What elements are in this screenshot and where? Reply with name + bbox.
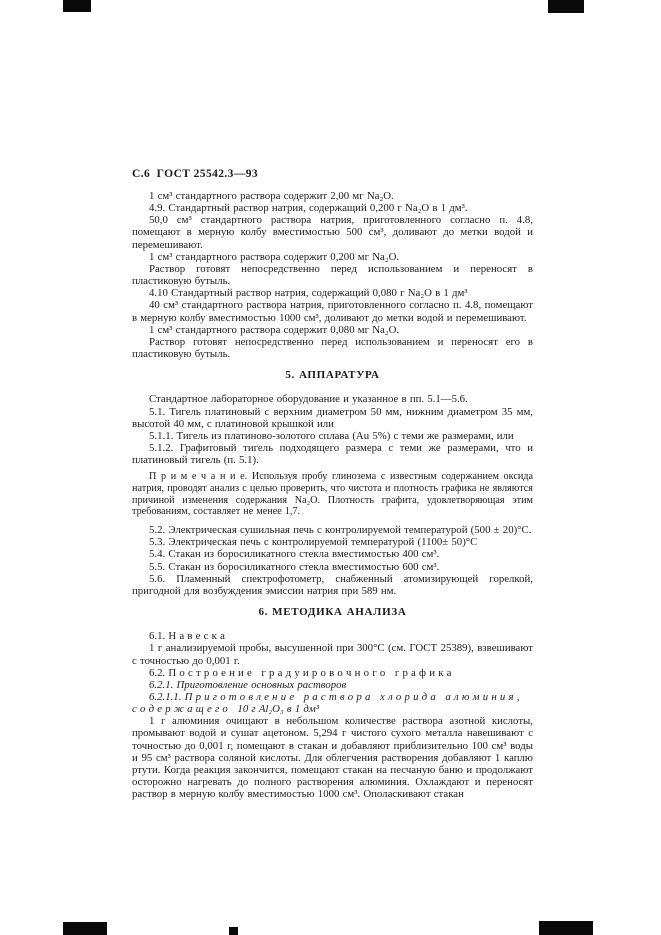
paragraph: 5.1.1. Тигель из платиново-золотого спла… — [132, 430, 533, 442]
paragraph: 6.2. П о с т р о е н и е г р а д у и р о… — [132, 667, 533, 679]
paragraph: 40 см³ стандартного раствора натрия, при… — [132, 299, 533, 323]
paragraph: 5.2. Электрическая сушильная печь с конт… — [132, 524, 533, 536]
paragraph: П р и м е ч а н и е. Используя пробу гли… — [132, 471, 533, 518]
section-heading: 6. МЕТОДИКА АНАЛИЗА — [132, 606, 533, 618]
paragraph: 5.1.2. Графитовый тигель подходящего раз… — [132, 442, 533, 466]
paragraph: 1 г алюминия очищают в небольшом количес… — [132, 715, 533, 800]
paragraph: 6.2.1. Приготовление основных растворов — [132, 679, 533, 691]
paragraph: 5.4. Стакан из боросиликатного стекла вм… — [132, 548, 533, 560]
paragraph: 4.10 Стандартный раствор натрия, содержа… — [132, 287, 533, 299]
paragraph: 5.1. Тигель платиновый с верхним диаметр… — [132, 406, 533, 430]
scan-edge-artifact-bottom-left — [63, 922, 107, 935]
paragraph: 50,0 см³ стандартного раствора натрия, п… — [132, 214, 533, 250]
paragraph: 1 см³ стандартного раствора содержит 0,2… — [132, 251, 533, 263]
document-body: 1 см³ стандартного раствора содержит 2,0… — [132, 190, 533, 800]
paragraph: 5.5. Стакан из боросиликатного стекла вм… — [132, 561, 533, 573]
page-header: С.6 ГОСТ 25542.3—93 — [132, 168, 533, 180]
paragraph: 1 см³ стандартного раствора содержит 0,0… — [132, 324, 533, 336]
paragraph: 6.2.1.1. П р и г о т о в л е н и е р а с… — [132, 691, 533, 715]
section-heading: 5. АППАРАТУРА — [132, 369, 533, 381]
text-column: С.6 ГОСТ 25542.3—93 1 см³ стандартного р… — [132, 168, 533, 800]
paragraph: 5.3. Электрическая печь с контролируемой… — [132, 536, 533, 548]
paragraph: 5.6. Пламенный спектрофотометр, снабженн… — [132, 573, 533, 597]
paragraph: Стандартное лабораторное оборудование и … — [132, 393, 533, 405]
scan-edge-artifact-bottom-small — [229, 927, 238, 935]
scan-edge-artifact-top-right — [548, 0, 584, 13]
scanned-document-page: С.6 ГОСТ 25542.3—93 1 см³ стандартного р… — [0, 0, 661, 935]
paragraph: 1 см³ стандартного раствора содержит 2,0… — [132, 190, 533, 202]
paragraph: 6.1. Н а в е с к а — [132, 630, 533, 642]
paragraph: 4.9. Стандартный раствор натрия, содержа… — [132, 202, 533, 214]
paragraph: Раствор готовят непосредственно перед ис… — [132, 336, 533, 360]
scan-edge-artifact-bottom-right — [539, 921, 593, 935]
paragraph: 1 г анализируемой пробы, высушенной при … — [132, 642, 533, 666]
paragraph: Раствор готовят непосредственно перед ис… — [132, 263, 533, 287]
scan-edge-artifact-top-left — [63, 0, 91, 12]
